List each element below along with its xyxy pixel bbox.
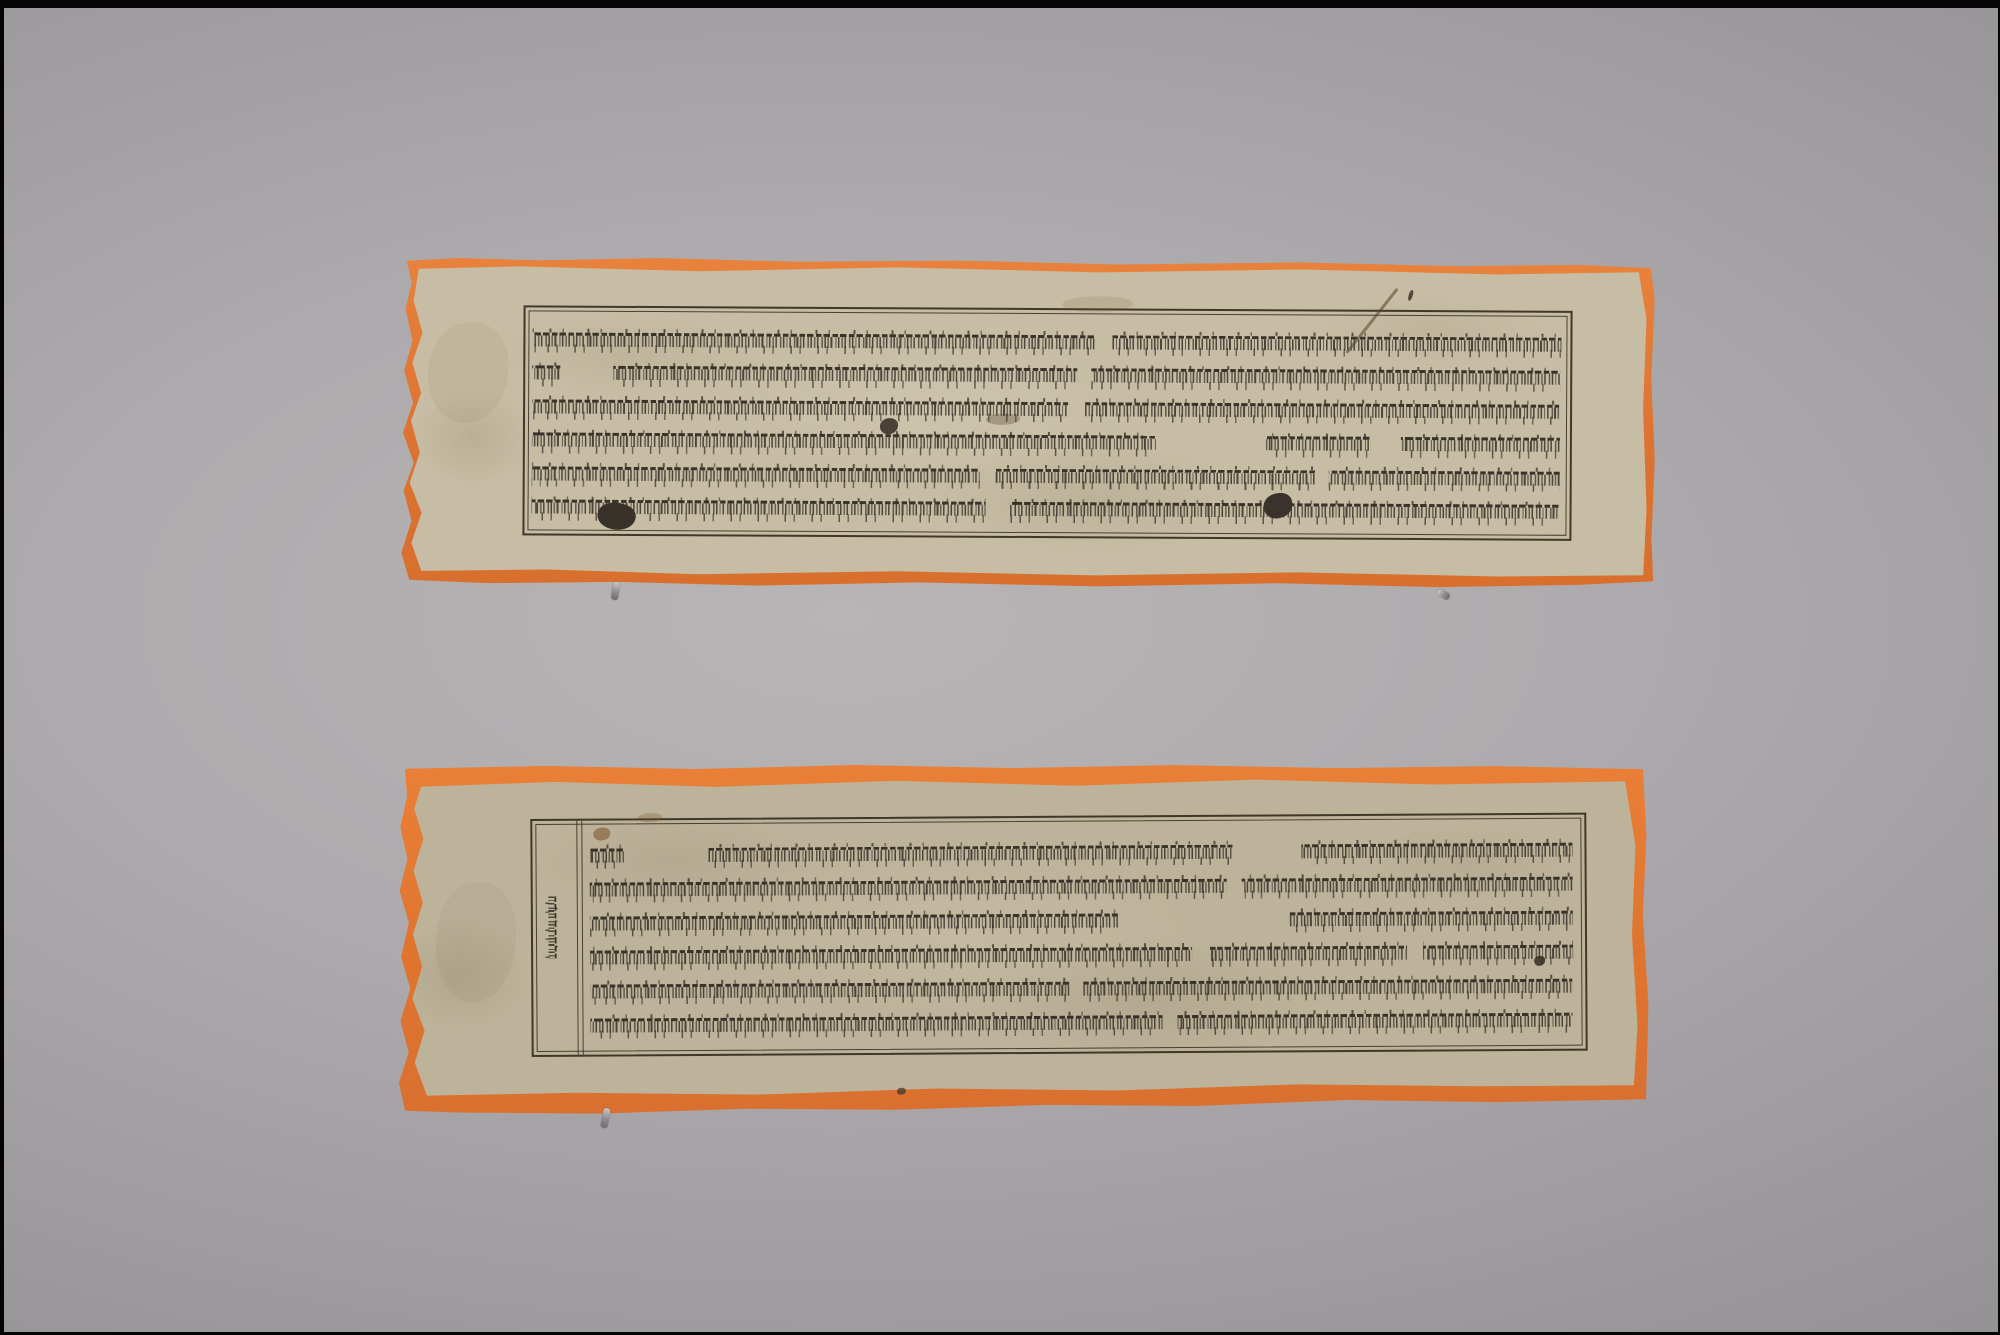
printed-script-segment [1091,364,1560,391]
printed-script-segment [1178,1008,1573,1035]
script-line [532,361,1563,391]
text-block [532,815,1585,1055]
printed-script-segment [532,428,1156,456]
script-line [590,1008,1577,1039]
printed-script-segment [1083,974,1573,1002]
printed-script-segment [614,361,1078,388]
script-line [590,872,1577,903]
printed-script-segment [1210,941,1408,967]
script-line [532,327,1563,357]
printed-script-segment [996,464,1316,491]
printed-script-segment [1401,432,1560,458]
ruled-text-frame [522,305,1572,540]
printed-script-segment [532,361,560,386]
script-line [531,495,1562,525]
printed-script-segment [1085,397,1559,424]
script-line [590,906,1577,937]
printed-script-segment [590,874,1227,903]
printed-script-segment [1266,432,1371,458]
printed-script-segment [590,1010,1163,1038]
script-line [589,838,1576,869]
printed-script-segment [590,977,1069,1005]
script-line [532,428,1563,458]
printed-script-segment [709,840,1232,868]
printed-script-segment [1113,330,1562,357]
manuscript-leaf-upper [397,253,1661,596]
printed-script-segment [589,843,624,868]
script-line [532,394,1563,424]
script-line [590,940,1577,971]
printed-script-segment [1290,906,1573,933]
mounting-pin [611,582,620,601]
script-line [590,974,1577,1005]
text-block [524,307,1570,538]
printed-script-segment [1301,838,1573,865]
printed-script-segment [590,942,1192,971]
ruled-text-frame [530,813,1587,1057]
printed-script-segment [1329,466,1560,492]
photograph-of-tibetan-manuscript-leaves [0,0,2000,1335]
printed-script-segment [1242,872,1573,899]
printed-script-segment [532,461,981,488]
printed-script-segment [590,908,1118,936]
script-line [532,461,1563,491]
studio-gray-backdrop [4,8,1998,1332]
manuscript-leaf-lower [395,755,1657,1119]
printed-script-segment [532,327,1094,355]
printed-script-segment [1423,940,1573,966]
